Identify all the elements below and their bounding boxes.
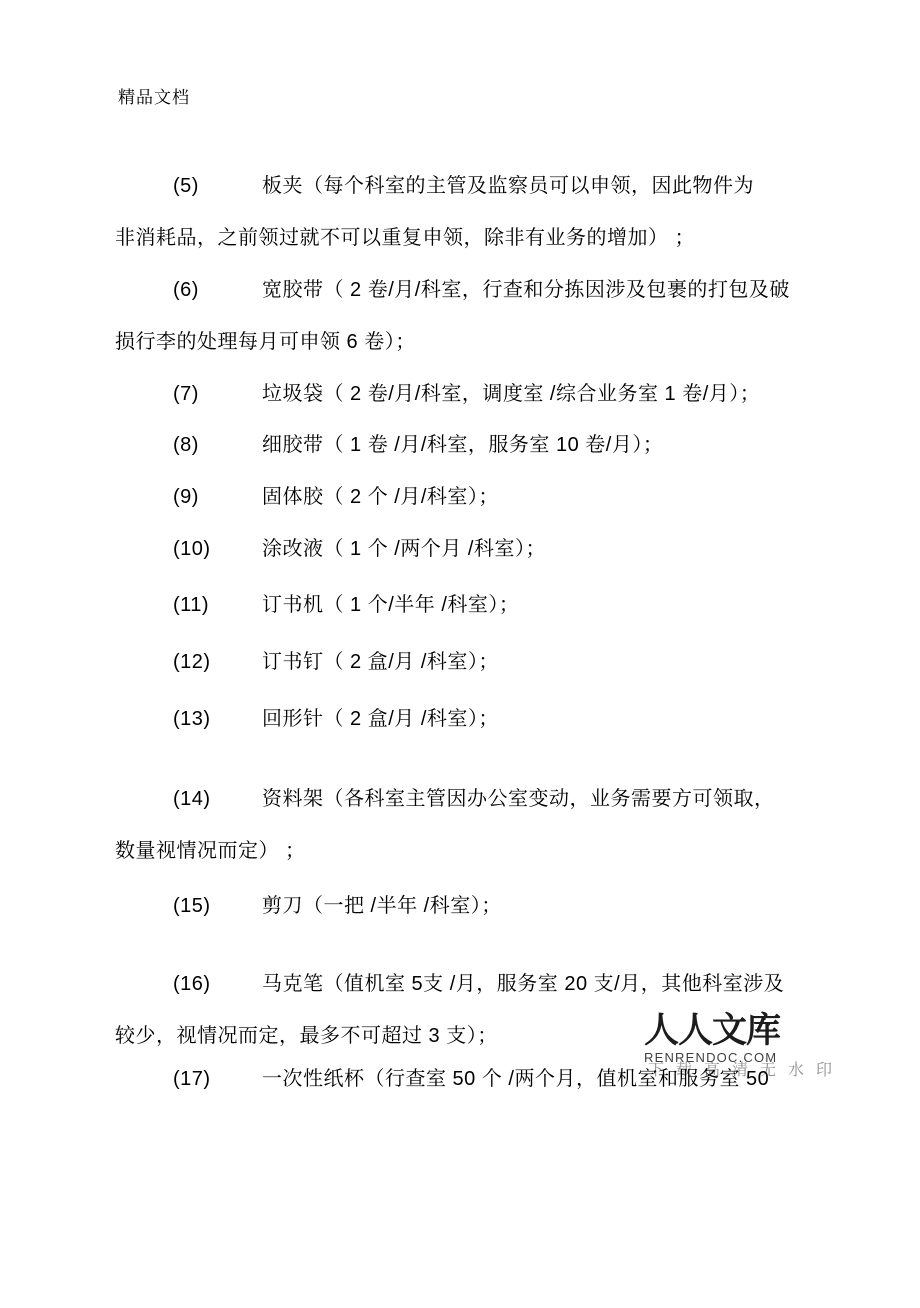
item-text-continuation: 非消耗品，之前领过就不可以重复申领，除非有业务的增加） ； [115, 212, 815, 264]
item-number: (14) [173, 773, 262, 825]
list-item: (7)垃圾袋（ 2 卷/月/科室，调度室 /综合业务室 1 卷/月）； [115, 368, 815, 420]
item-text: 订书钉（ 2 盒/月 /科室）； [262, 651, 499, 673]
list-item: (16)马克笔（值机室 5支 /月，服务室 20 支/月，其他科室涉及 较少，视… [115, 958, 815, 1062]
item-number: (5) [173, 160, 262, 212]
item-text: 资料架（各科室主管因办公室变动，业务需要方可领取， [262, 788, 775, 810]
list-item: (8)细胶带（ 1 卷 /月/科室，服务室 10 卷/月）； [115, 419, 815, 471]
item-number: (16) [173, 958, 262, 1010]
list-item: (14)资料架（各科室主管因办公室变动，业务需要方可领取， 数量视情况而定） ； [115, 773, 815, 877]
item-text: 垃圾袋（ 2 卷/月/科室，调度室 /综合业务室 1 卷/月）； [262, 383, 760, 405]
item-number: (12) [173, 636, 262, 688]
item-number: (6) [173, 264, 262, 316]
list-item: (13)回形针（ 2 盒/月 /科室）； [115, 693, 815, 745]
list-item: (12)订书钉（ 2 盒/月 /科室）； [115, 636, 815, 688]
item-text: 板夹（每个科室的主管及监察员可以申领，因此物件为 [262, 175, 754, 197]
item-text-continuation: 数量视情况而定） ； [115, 825, 815, 877]
list-item: (5)板夹（每个科室的主管及监察员可以申领，因此物件为 非消耗品，之前领过就不可… [115, 160, 815, 264]
item-number: (8) [173, 419, 262, 471]
item-number: (11) [173, 579, 262, 631]
list-item: (17)一次性纸杯（行查室 50 个 /两个月，值机室和服务室 50 [115, 1053, 815, 1105]
item-text: 固体胶（ 2 个 /月/科室）； [262, 486, 499, 508]
item-number: (15) [173, 880, 262, 932]
item-text: 涂改液（ 1 个 /两个月 /科室）； [262, 538, 546, 560]
item-text: 回形针（ 2 盒/月 /科室）； [262, 708, 499, 730]
list-item: (6)宽胶带（ 2 卷/月/科室，行查和分拣因涉及包裹的打包及破 损行李的处理每… [115, 264, 815, 368]
item-text: 一次性纸杯（行查室 50 个 /两个月，值机室和服务室 50 [262, 1068, 769, 1090]
item-text: 马克笔（值机室 5支 /月，服务室 20 支/月，其他科室涉及 [262, 973, 784, 995]
list-item: (15)剪刀（一把 /半年 /科室）； [115, 880, 815, 932]
list-item: (10)涂改液（ 1 个 /两个月 /科室）； [115, 523, 815, 575]
item-text: 细胶带（ 1 卷 /月/科室，服务室 10 卷/月）； [262, 434, 663, 456]
item-number: (13) [173, 693, 262, 745]
item-number: (10) [173, 523, 262, 575]
item-text-continuation: 损行李的处理每月可申领 6 卷）； [115, 316, 815, 368]
item-number: (17) [173, 1053, 262, 1105]
list-item: (11)订书机（ 1 个/半年 /科室）； [115, 579, 815, 631]
item-text: 剪刀（一把 /半年 /科室）； [262, 895, 502, 917]
list-item: (9)固体胶（ 2 个 /月/科室）； [115, 471, 815, 523]
page-header-label: 精品文档 [118, 88, 190, 108]
item-number: (7) [173, 368, 262, 420]
item-text: 订书机（ 1 个/半年 /科室）； [262, 594, 519, 616]
item-text: 宽胶带（ 2 卷/月/科室，行查和分拣因涉及包裹的打包及破 [262, 279, 790, 301]
item-number: (9) [173, 471, 262, 523]
